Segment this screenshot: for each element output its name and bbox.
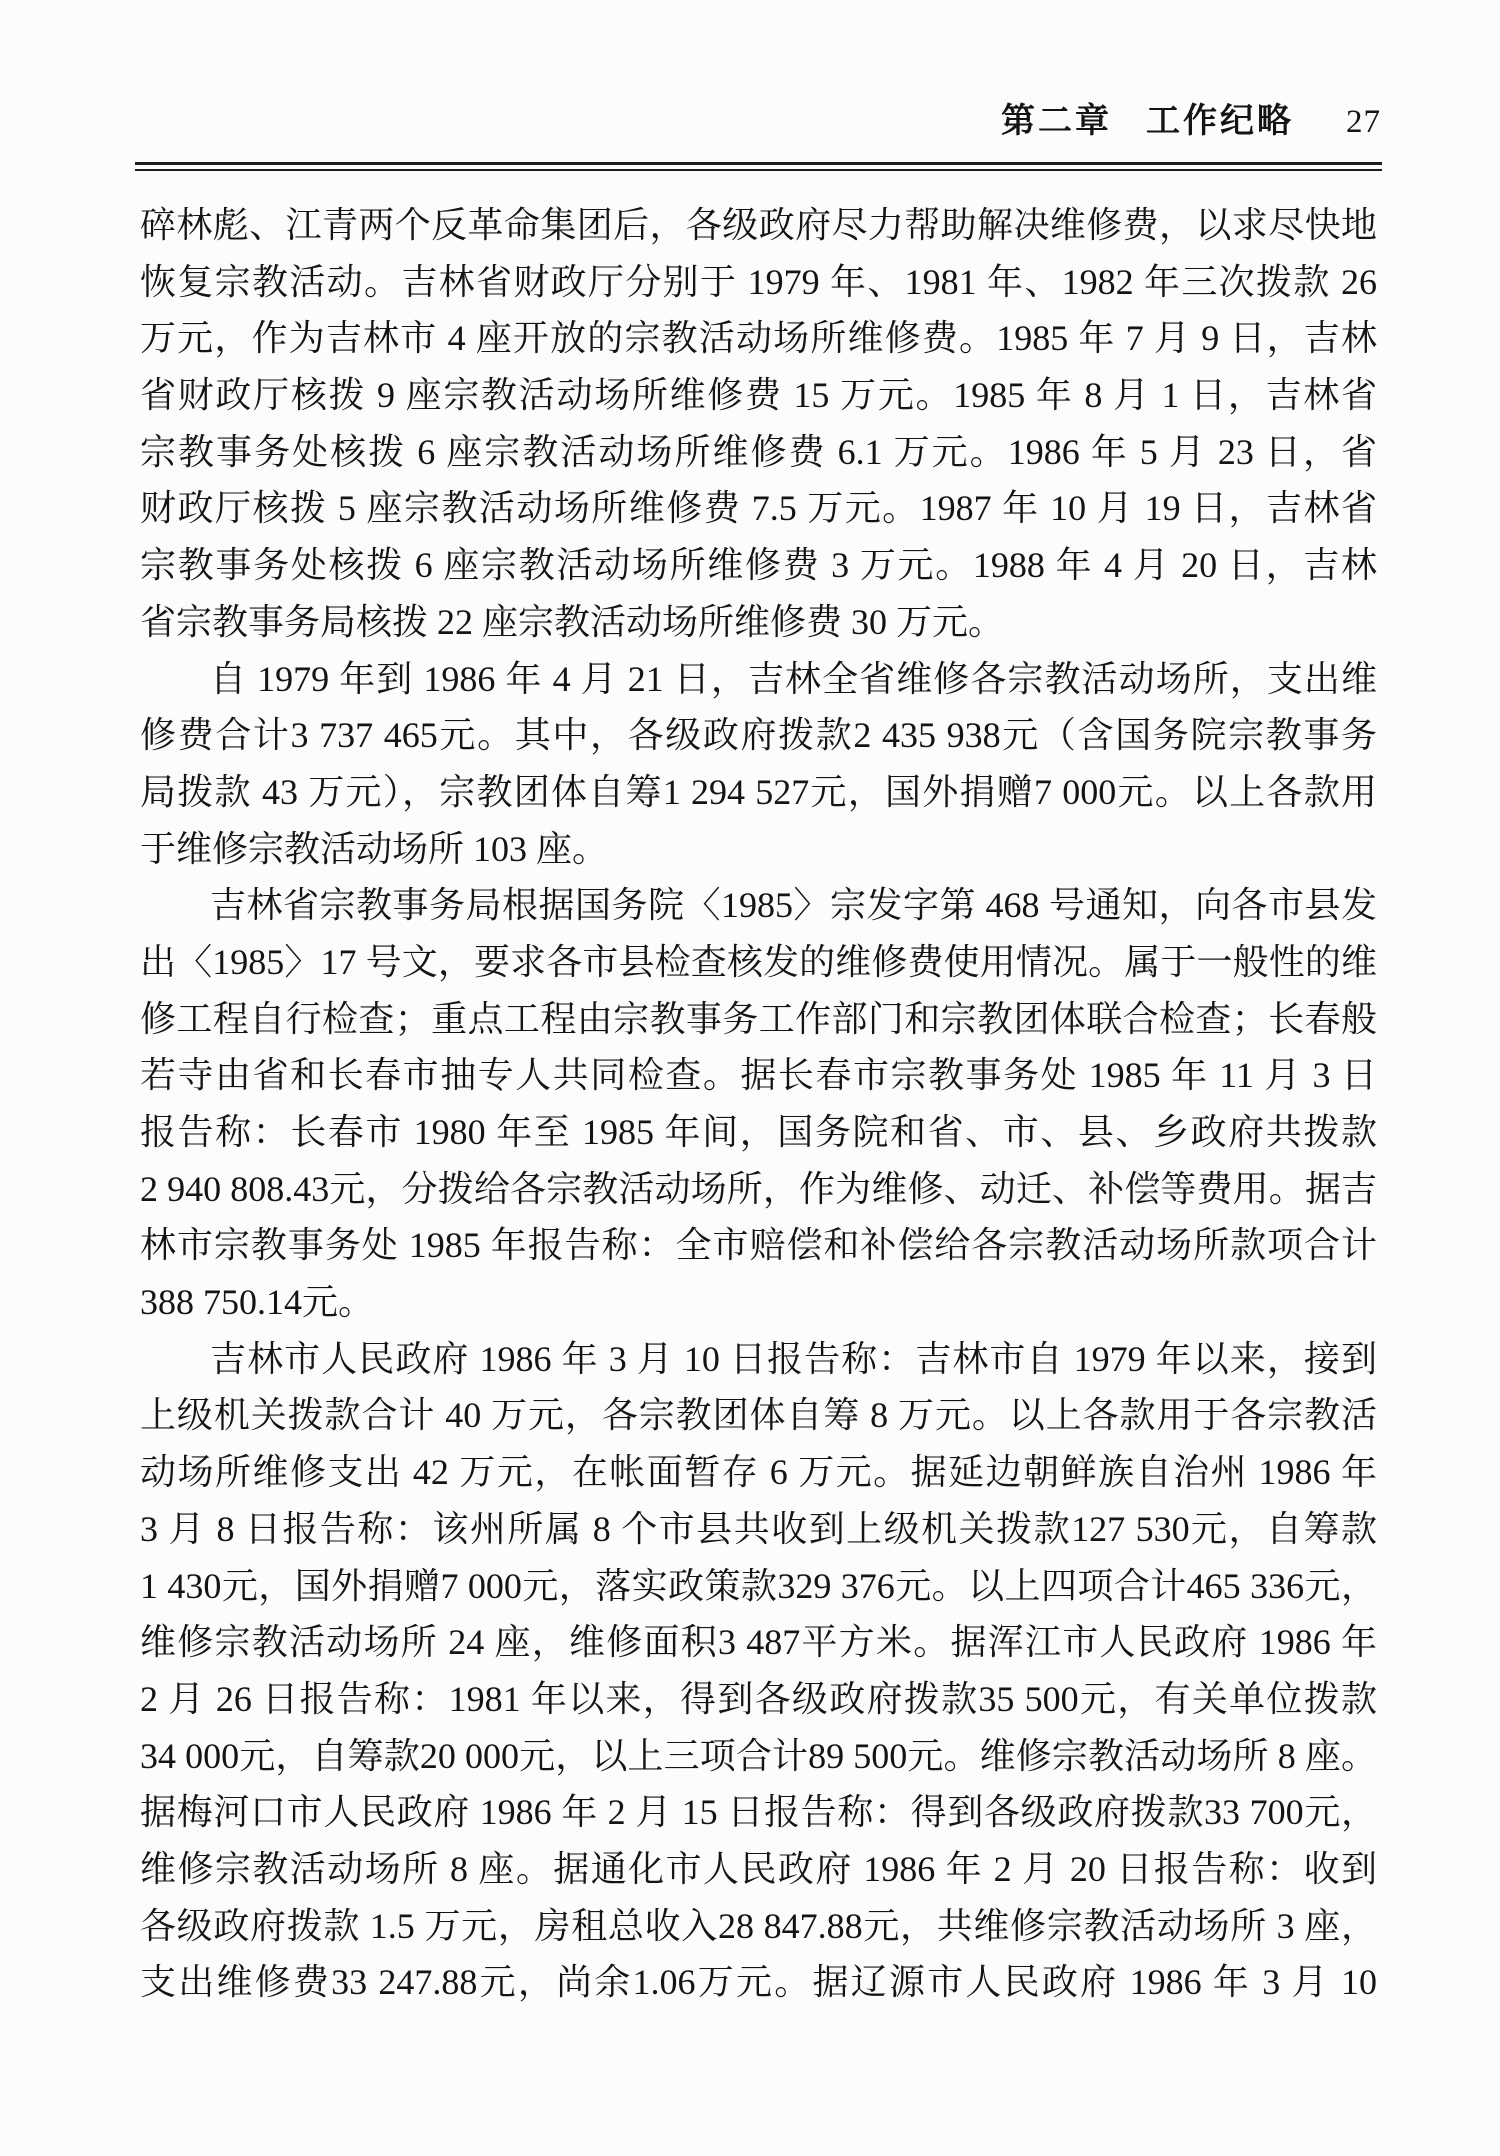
text-line: 维修宗教活动场所 8 座。据通化市人民政府 1986 年 2 月 20 日报告称… (140, 1841, 1377, 1898)
text-line: 动场所维修支出 42 万元，在帐面暂存 6 万元。据延边朝鲜族自治州 1986 … (140, 1444, 1377, 1501)
text-line: 1 430元，国外捐赠7 000元，落实政策款329 376元。以上四项合计46… (140, 1558, 1377, 1615)
text-line: 于维修宗教活动场所 103 座。 (140, 821, 1377, 878)
text-line: 据梅河口市人民政府 1986 年 2 月 15 日报告称：得到各级政府拨款33 … (140, 1784, 1377, 1841)
paragraph: 自 1979 年到 1986 年 4 月 21 日，吉林全省维修各宗教活动场所，… (140, 651, 1377, 878)
text-line: 吉林省宗教事务局根据国务院〈1985〉宗发字第 468 号通知，向各市县发 (140, 877, 1377, 934)
text-line: 2 940 808.43元，分拨给各宗教活动场所，作为维修、动迁、补偿等费用。据… (140, 1161, 1377, 1218)
text-line: 上级机关拨款合计 40 万元，各宗教团体自筹 8 万元。以上各款用于各宗教活 (140, 1387, 1377, 1444)
text-line: 自 1979 年到 1986 年 4 月 21 日，吉林全省维修各宗教活动场所，… (140, 651, 1377, 708)
text-line: 万元，作为吉林市 4 座开放的宗教活动场所维修费。1985 年 7 月 9 日，… (140, 310, 1377, 367)
text-line: 恢复宗教活动。吉林省财政厅分别于 1979 年、1981 年、1982 年三次拨… (140, 254, 1377, 311)
page-number: 27 (1346, 104, 1381, 140)
text-line: 维修宗教活动场所 24 座，维修面积3 487平方米。据浑江市人民政府 1986… (140, 1614, 1377, 1671)
paragraph: 吉林省宗教事务局根据国务院〈1985〉宗发字第 468 号通知，向各市县发出〈1… (140, 877, 1377, 1331)
header-rule-divider (135, 162, 1382, 171)
text-line: 财政厅核拨 5 座宗教活动场所维修费 7.5 万元。1987 年 10 月 19… (140, 480, 1377, 537)
paragraph: 吉林市人民政府 1986 年 3 月 10 日报告称：吉林市自 1979 年以来… (140, 1331, 1377, 2011)
text-line: 省财政厅核拨 9 座宗教活动场所维修费 15 万元。1985 年 8 月 1 日… (140, 367, 1377, 424)
text-line: 吉林市人民政府 1986 年 3 月 10 日报告称：吉林市自 1979 年以来… (140, 1331, 1377, 1388)
text-line: 出〈1985〉17 号文，要求各市县检查核发的维修费使用情况。属于一般性的维 (140, 934, 1377, 991)
text-line: 34 000元，自筹款20 000元，以上三项合计89 500元。维修宗教活动场… (140, 1728, 1377, 1785)
text-line: 修工程自行检查；重点工程由宗教事务工作部门和宗教团体联合检查；长春般 (140, 991, 1377, 1048)
text-line: 各级政府拨款 1.5 万元，房租总收入28 847.88元，共维修宗教活动场所 … (140, 1898, 1377, 1955)
text-line: 林市宗教事务处 1985 年报告称：全市赔偿和补偿给各宗教活动场所款项合计 (140, 1217, 1377, 1274)
book-page: 第二章工作纪略27 碎林彪、江青两个反革命集团后，各级政府尽力帮助解决维修费，以… (0, 0, 1500, 2156)
text-line: 支出维修费33 247.88元，尚余1.06万元。据辽源市人民政府 1986 年… (140, 1954, 1377, 2011)
text-line: 修费合计3 737 465元。其中，各级政府拨款2 435 938元（含国务院宗… (140, 707, 1377, 764)
text-line: 2 月 26 日报告称：1981 年以来，得到各级政府拨款35 500元，有关单… (140, 1671, 1377, 1728)
text-line: 388 750.14元。 (140, 1274, 1377, 1331)
page-body: 碎林彪、江青两个反革命集团后，各级政府尽力帮助解决维修费，以求尽快地恢复宗教活动… (140, 197, 1377, 2011)
chapter-title: 工作纪略 (1146, 103, 1294, 140)
text-line: 局拨款 43 万元），宗教团体自筹1 294 527元，国外捐赠7 000元。以… (140, 764, 1377, 821)
page-header: 第二章工作纪略27 (140, 99, 1381, 145)
text-line: 报告称：长春市 1980 年至 1985 年间，国务院和省、市、县、乡政府共拨款 (140, 1104, 1377, 1161)
text-line: 宗教事务处核拨 6 座宗教活动场所维修费 3 万元。1988 年 4 月 20 … (140, 537, 1377, 594)
chapter-label: 第二章 (1001, 103, 1112, 140)
text-line: 碎林彪、江青两个反革命集团后，各级政府尽力帮助解决维修费，以求尽快地 (140, 197, 1377, 254)
text-line: 宗教事务处核拨 6 座宗教活动场所维修费 6.1 万元。1986 年 5 月 2… (140, 424, 1377, 481)
text-line: 省宗教事务局核拨 22 座宗教活动场所维修费 30 万元。 (140, 594, 1377, 651)
text-line: 3 月 8 日报告称：该州所属 8 个市县共收到上级机关拨款127 530元，自… (140, 1501, 1377, 1558)
text-line: 若寺由省和长春市抽专人共同检查。据长春市宗教事务处 1985 年 11 月 3 … (140, 1047, 1377, 1104)
paragraph: 碎林彪、江青两个反革命集团后，各级政府尽力帮助解决维修费，以求尽快地恢复宗教活动… (140, 197, 1377, 651)
